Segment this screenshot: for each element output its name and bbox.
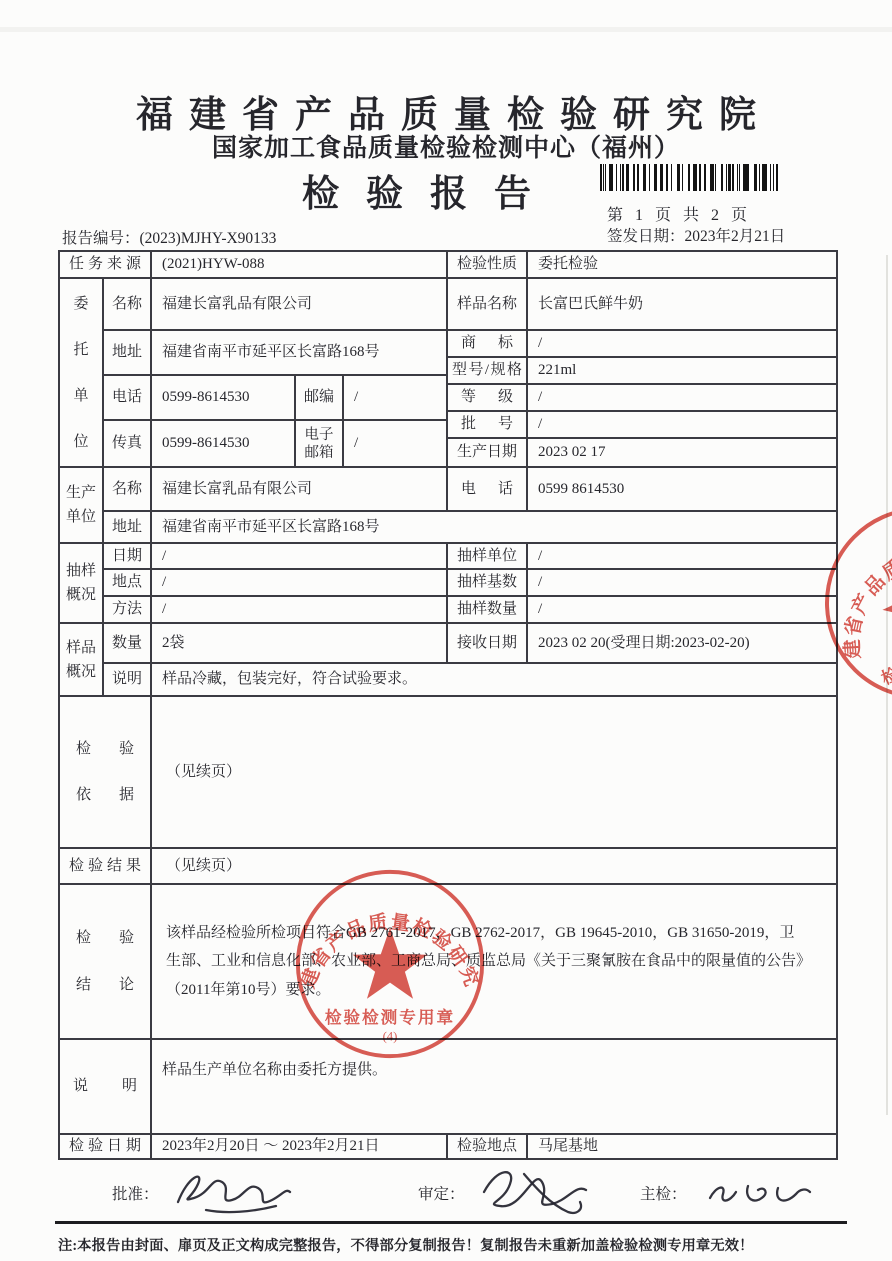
scan-artifact-band: [0, 27, 892, 32]
sampling-place-label: 地点: [102, 568, 150, 595]
producer-phone-label: 电话: [446, 466, 526, 510]
model-value: 221ml: [526, 356, 838, 383]
center-title: 国家加工食品质量检验检测中心（福州）: [0, 128, 892, 164]
chief-label: 主检：: [640, 1182, 687, 1204]
client-zip-value: /: [342, 374, 446, 419]
test-place-label: 检验地点: [446, 1133, 526, 1160]
grade-label: 等级: [446, 383, 526, 410]
star-icon: [353, 928, 427, 999]
report-number-label: 报告编号：: [62, 230, 140, 247]
grade-value: /: [526, 383, 838, 410]
report-page: 福建省产品质量检验研究院 国家加工食品质量检验检测中心（福州） 检验报告 第 1…: [0, 0, 892, 1261]
client-name-value: 福建长富乳品有限公司: [150, 277, 446, 329]
seal-bottom-text: 检验检测专用章: [878, 616, 892, 688]
issue-date: 2023年2月21日: [685, 228, 786, 245]
conclusion-label: 检验结论: [58, 883, 150, 1038]
prod-date-label: 生产日期: [446, 437, 526, 466]
client-address-label: 地址: [102, 329, 150, 374]
overview-qty-value: 2袋: [150, 622, 446, 662]
approve-signature: [168, 1164, 298, 1218]
model-label: 型号/规格: [446, 356, 526, 383]
result-label: 检验结果: [58, 847, 150, 883]
sampling-base-label: 抽样基数: [446, 568, 526, 595]
client-phone-label: 电话: [102, 374, 150, 419]
report-number-line: 报告编号：(2023)MJHY-X90133: [62, 226, 276, 248]
client-email-label: 电子邮箱: [294, 419, 342, 466]
basis-label: 检验依据: [58, 695, 150, 847]
client-fax-value: 0599-8614530: [150, 419, 294, 466]
report-number: (2023)MJHY-X90133: [140, 230, 277, 247]
client-fax-label: 传真: [102, 419, 150, 466]
sampling-qty-value: /: [526, 595, 838, 622]
sampling-block-label: 抽样概况: [58, 542, 102, 622]
inspection-nature-label: 检验性质: [446, 250, 526, 277]
remark-value: 样品生产单位名称由委托方提供。: [150, 1038, 838, 1133]
barcode: [600, 164, 778, 191]
client-phone-value: 0599-8614530: [150, 374, 294, 419]
batch-value: /: [526, 410, 838, 437]
approve-label: 批准：: [112, 1182, 159, 1204]
sampling-base-value: /: [526, 568, 838, 595]
remark-label: 说明: [58, 1038, 150, 1133]
sampling-date-label: 日期: [102, 542, 150, 568]
overview-desc-label: 说明: [102, 662, 150, 695]
test-date-value: 2023年2月20日 ～ 2023年2月21日: [150, 1133, 446, 1160]
client-block-label: 委托单位: [58, 277, 102, 466]
conclusion-value: 该样品经检验所检项目符合GB 2761-2017，GB 2762-2017，GB…: [150, 883, 838, 1038]
page-info: 第 1 页 共 2 页: [607, 202, 751, 225]
issue-date-line: 签发日期：2023年2月21日: [607, 224, 785, 246]
basis-value: （见续页）: [150, 695, 838, 847]
sampling-date-value: /: [150, 542, 446, 568]
review-signature: [474, 1158, 609, 1220]
footer-rule: [55, 1221, 847, 1224]
overview-qty-label: 数量: [102, 622, 150, 662]
receive-date-value: 2023 02 20(受理日期:2023-02-20): [526, 622, 838, 662]
receive-date-label: 接收日期: [446, 622, 526, 662]
client-address-value: 福建省南平市延平区长富路168号: [150, 329, 446, 374]
producer-phone-value: 0599 8614530: [526, 466, 838, 510]
client-zip-label: 邮编: [294, 374, 342, 419]
sampling-qty-label: 抽样数量: [446, 595, 526, 622]
batch-label: 批号: [446, 410, 526, 437]
client-email-value: /: [342, 419, 446, 466]
footer-note: 注:本报告由封面、扉页及正文构成完整报告，不得部分复制报告！复制报告未重新加盖检…: [58, 1235, 868, 1255]
task-source-value: (2021)HYW-088: [150, 250, 446, 277]
test-date-label: 检验日期: [58, 1133, 150, 1160]
task-source-label: 任务来源: [58, 250, 150, 277]
producer-block-label: 生产单位: [58, 466, 102, 542]
overview-block-label: 样品概况: [58, 622, 102, 695]
result-value: （见续页）: [150, 847, 838, 883]
sampling-method-value: /: [150, 595, 446, 622]
sample-name-value: 长富巴氏鲜牛奶: [526, 277, 838, 329]
producer-name-value: 福建长富乳品有限公司: [150, 466, 446, 510]
issue-date-label: 签发日期：: [607, 228, 685, 245]
seal-bottom-text: 检验检测专用章: [325, 1007, 455, 1027]
brand-label: 商标: [446, 329, 526, 356]
sampling-place-value: /: [150, 568, 446, 595]
sample-name-label: 样品名称: [446, 277, 526, 329]
sampling-method-label: 方法: [102, 595, 150, 622]
sampling-unit-label: 抽样单位: [446, 542, 526, 568]
producer-name-label: 名称: [102, 466, 150, 510]
review-label: 审定：: [418, 1182, 465, 1204]
producer-address-value: 福建省南平市延平区长富路168号: [150, 510, 838, 542]
client-name-label: 名称: [102, 277, 150, 329]
inspection-nature-value: 委托检验: [526, 250, 838, 277]
inspection-seal: 福建省产品质量检验研究院 检验检测专用章 (4): [292, 866, 488, 1062]
chief-signature: [702, 1172, 820, 1214]
test-place-value: 马尾基地: [526, 1133, 838, 1160]
seal-number: (4): [383, 1029, 398, 1043]
producer-address-label: 地址: [102, 510, 150, 542]
overview-desc-value: 样品冷藏，包装完好，符合试验要求。: [150, 662, 838, 695]
prod-date-value: 2023 02 17: [526, 437, 838, 466]
brand-value: /: [526, 329, 838, 356]
